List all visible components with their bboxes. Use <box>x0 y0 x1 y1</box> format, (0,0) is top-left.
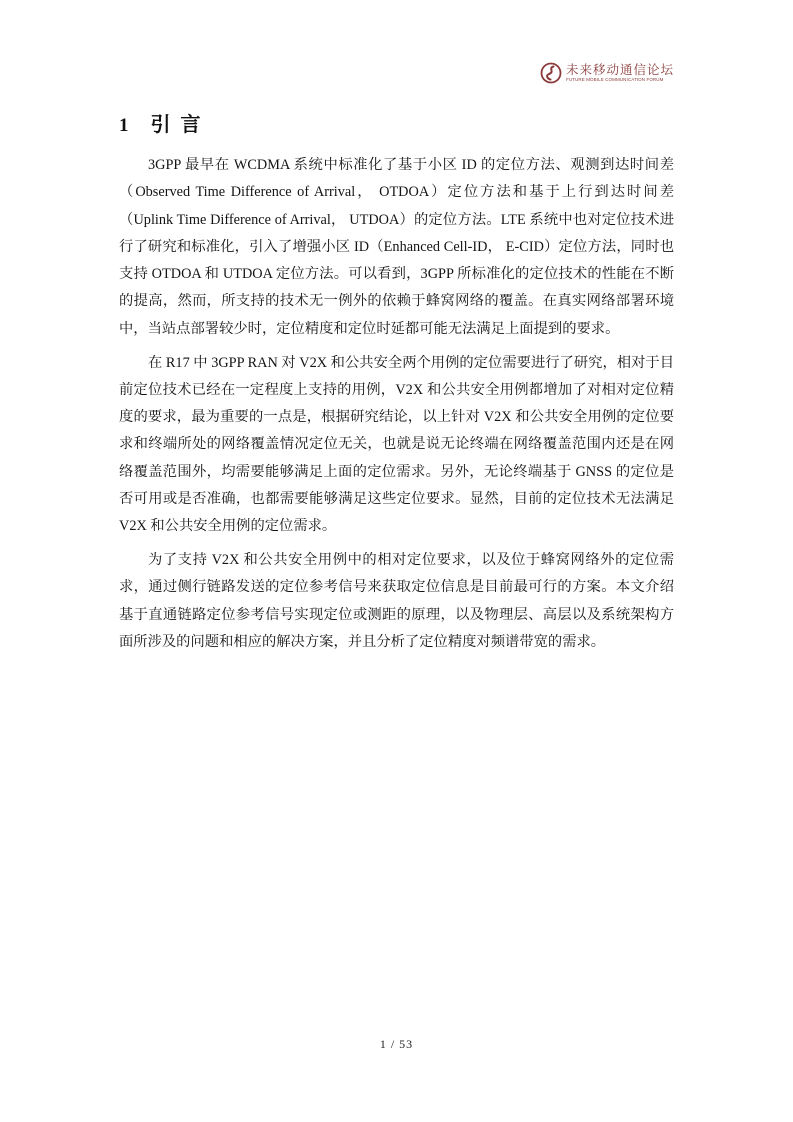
paragraph: 3GPP 最早在 WCDMA 系统中标准化了基于小区 ID 的定位方法、观测到达… <box>119 152 674 343</box>
page-number: 1 / 53 <box>0 1037 793 1052</box>
forum-logo: 未来移动通信论坛 FUTURE MOBILE COMMUNICATION FOR… <box>540 62 674 84</box>
section-heading: 1 引言 <box>119 108 211 137</box>
forum-logo-icon <box>540 62 562 84</box>
logo-text: 未来移动通信论坛 FUTURE MOBILE COMMUNICATION FOR… <box>566 64 674 83</box>
section-title: 引言 <box>151 108 211 137</box>
logo-english-name: FUTURE MOBILE COMMUNICATION FORUM <box>566 78 674 83</box>
body-text: 3GPP 最早在 WCDMA 系统中标准化了基于小区 ID 的定位方法、观测到达… <box>119 152 674 663</box>
logo-chinese-name: 未来移动通信论坛 <box>566 64 674 77</box>
paragraph: 在 R17 中 3GPP RAN 对 V2X 和公共安全两个用例的定位需要进行了… <box>119 350 674 541</box>
paragraph: 为了支持 V2X 和公共安全用例中的相对定位要求，以及位于蜂窝网络外的定位需求，… <box>119 547 674 656</box>
section-number: 1 <box>119 115 129 137</box>
